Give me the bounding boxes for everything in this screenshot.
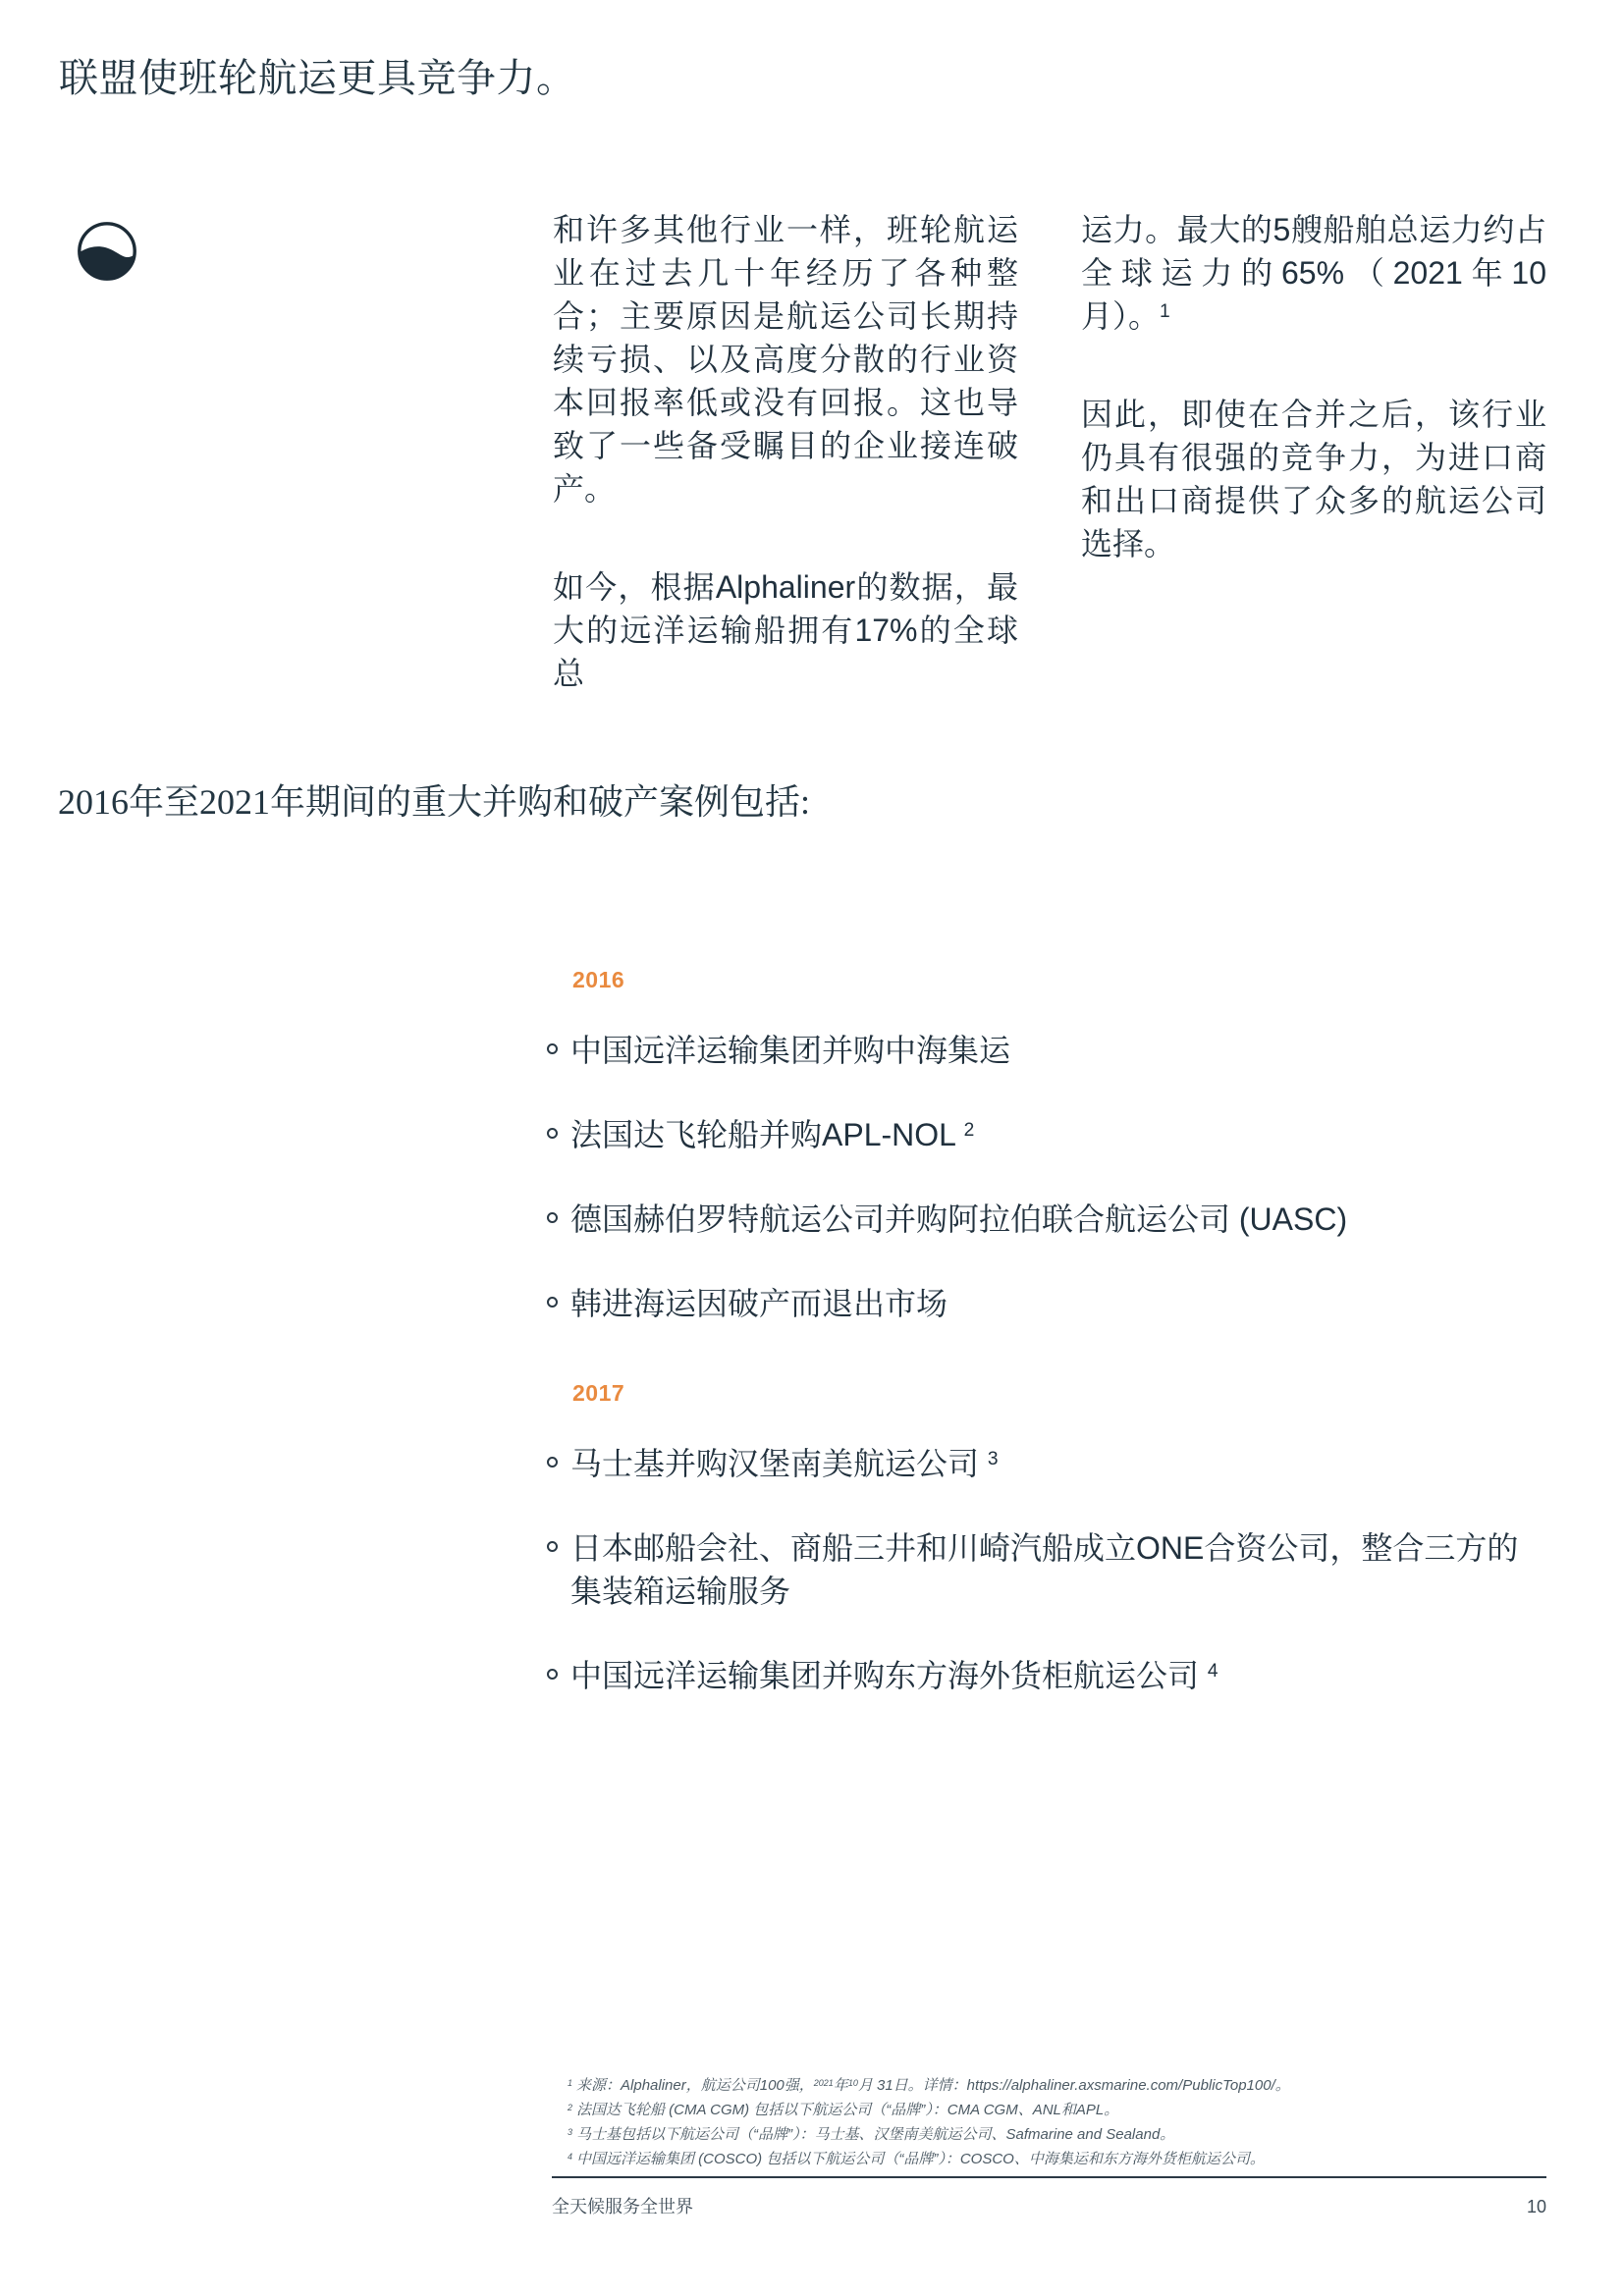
superscript-reference: 10 <box>848 2078 858 2088</box>
timeline-item: 马士基并购汉堡南美航运公司 3 <box>546 1442 1547 1485</box>
intro-paragraph: 如今，根据Alphaliner的数据，最大的远洋运输船拥有17%的全球总 <box>553 565 1018 695</box>
superscript-reference: 2021 <box>814 2078 834 2088</box>
footnote: 4中国远洋运输集团 (COSCO) 包括以下航运公司（“品牌”）：COSCO、中… <box>568 2147 1549 2171</box>
year-label: 2016 <box>572 966 1547 993</box>
footnote-marker: 2 <box>568 2103 572 2112</box>
footnote-marker: 4 <box>568 2152 572 2162</box>
bullet-circle-icon <box>547 1212 558 1223</box>
timeline-item-text: 德国赫伯罗特航运公司并购阿拉伯联合航运公司 (UASC) <box>570 1198 1547 1241</box>
bullet-circle-icon <box>547 1297 558 1308</box>
timeline-item-text: 日本邮船会社、商船三井和川崎汽船成立ONE合资公司，整合三方的集装箱运输服务 <box>570 1526 1547 1613</box>
wave-logo-icon <box>76 220 138 283</box>
page-title: 联盟使班轮航运更具竞争力。 <box>59 55 576 102</box>
bullet-circle-icon <box>547 1457 558 1468</box>
intro-column-2: 运力。最大的5艘船舶总运力约占全球运力的65%（2021年10月）。1因此，即使… <box>1081 208 1546 750</box>
text-segment: 中国远洋运输集团并购中海集运 <box>570 1033 1010 1068</box>
text-segment: 来源：Alphaliner，航运公司100强， <box>576 2077 814 2094</box>
year-label: 2017 <box>572 1379 1547 1407</box>
bullet-circle-icon <box>547 1128 558 1139</box>
timeline-item: 日本邮船会社、商船三井和川崎汽船成立ONE合资公司，整合三方的集装箱运输服务 <box>546 1526 1547 1613</box>
intro-columns: 和许多其他行业一样，班轮航运业在过去几十年经历了各种整合；主要原因是航运公司长期… <box>553 208 1546 750</box>
bullet-circle-icon <box>547 1043 558 1054</box>
text-segment: 中国远洋运输集团并购东方海外货柜航运公司 <box>570 1658 1208 1693</box>
page-footer: 全天候服务全世界 10 <box>552 2195 1546 2218</box>
document-page: 联盟使班轮航运更具竞争力。 和许多其他行业一样，班轮航运业在过去几十年经历了各种… <box>0 0 1624 2296</box>
section-heading: 2016年至2021年期间的重大并购和破产案例包括: <box>58 779 810 826</box>
timeline-item: 中国远洋运输集团并购东方海外货柜航运公司 4 <box>546 1654 1547 1697</box>
intro-paragraph: 运力。最大的5艘船舶总运力约占全球运力的65%（2021年10月）。1 <box>1081 208 1546 338</box>
timeline-item: 中国远洋运输集团并购中海集运 <box>546 1029 1547 1072</box>
text-segment: 因此，即使在合并之后，该行业仍具有很强的竞争力，为进口商和出口商提供了众多的航运… <box>1081 397 1546 561</box>
text-segment: 年 <box>834 2077 848 2094</box>
text-segment: 韩进海运因破产而退出市场 <box>570 1286 947 1321</box>
bullet-circle-icon <box>547 1541 558 1552</box>
text-segment: 马士基包括以下航运公司（“品牌”）：马士基、汉堡南美航运公司、Safmarine… <box>576 2126 1174 2143</box>
footer-divider <box>552 2176 1546 2178</box>
superscript-reference: 2 <box>964 1120 975 1141</box>
superscript-reference: 3 <box>988 1449 999 1469</box>
text-segment: 法国达飞轮船 (CMA CGM) 包括以下航运公司（“品牌”）：CMA CGM、… <box>576 2102 1118 2118</box>
timeline-item: 法国达飞轮船并购APL-NOL 2 <box>546 1113 1547 1156</box>
text-segment: 运力。最大的5艘船舶总运力约占全球运力的65%（2021年10月）。 <box>1081 212 1546 334</box>
intro-paragraph: 和许多其他行业一样，班轮航运业在过去几十年经历了各种整合；主要原因是航运公司长期… <box>553 208 1018 510</box>
footnote: 1来源：Alphaliner，航运公司100强，2021年10月 31日。详情：… <box>568 2073 1549 2098</box>
text-segment: 日本邮船会社、商船三井和川崎汽船成立ONE合资公司，整合三方的集装箱运输服务 <box>570 1530 1518 1609</box>
text-segment: 中国远洋运输集团 (COSCO) 包括以下航运公司（“品牌”）：COSCO、中海… <box>576 2151 1265 2167</box>
intro-column-1: 和许多其他行业一样，班轮航运业在过去几十年经历了各种整合；主要原因是航运公司长期… <box>553 208 1018 750</box>
superscript-reference: 4 <box>1208 1661 1218 1682</box>
timeline-item-text: 法国达飞轮船并购APL-NOL 2 <box>570 1113 1547 1156</box>
timeline-item-text: 中国远洋运输集团并购东方海外货柜航运公司 4 <box>570 1654 1547 1697</box>
text-segment: 法国达飞轮船并购APL-NOL <box>570 1117 964 1152</box>
text-segment: 马士基并购汉堡南美航运公司 <box>570 1446 988 1481</box>
intro-paragraph: 因此，即使在合并之后，该行业仍具有很强的竞争力，为进口商和出口商提供了众多的航运… <box>1081 393 1546 565</box>
timeline-item: 德国赫伯罗特航运公司并购阿拉伯联合航运公司 (UASC) <box>546 1198 1547 1241</box>
timeline-group-2016: 2016中国远洋运输集团并购中海集运法国达飞轮船并购APL-NOL 2德国赫伯罗… <box>546 966 1547 1325</box>
text-segment: 如今，根据Alphaliner的数据，最大的远洋运输船拥有17%的全球总 <box>553 569 1018 691</box>
superscript-reference: 1 <box>1160 301 1170 322</box>
timeline-group-2017: 2017马士基并购汉堡南美航运公司 3日本邮船会社、商船三井和川崎汽船成立ONE… <box>546 1379 1547 1697</box>
timeline-item: 韩进海运因破产而退出市场 <box>546 1282 1547 1325</box>
footnote-marker: 1 <box>568 2078 572 2088</box>
footnotes: 1来源：Alphaliner，航运公司100强，2021年10月 31日。详情：… <box>568 2073 1549 2171</box>
timeline-item-text: 中国远洋运输集团并购中海集运 <box>570 1029 1547 1072</box>
footnote-marker: 3 <box>568 2127 572 2137</box>
timeline-item-text: 韩进海运因破产而退出市场 <box>570 1282 1547 1325</box>
bullet-circle-icon <box>547 1669 558 1680</box>
text-segment: 月 31日。详情：https://alphaliner.axsmarine.co… <box>858 2077 1290 2094</box>
text-segment: 和许多其他行业一样，班轮航运业在过去几十年经历了各种整合；主要原因是航运公司长期… <box>553 212 1018 507</box>
footer-tagline: 全天候服务全世界 <box>552 2195 693 2218</box>
text-segment: 德国赫伯罗特航运公司并购阿拉伯联合航运公司 (UASC) <box>570 1201 1347 1237</box>
page-number: 10 <box>1527 2195 1546 2218</box>
footnote: 2法国达飞轮船 (CMA CGM) 包括以下航运公司（“品牌”）：CMA CGM… <box>568 2098 1549 2122</box>
timeline-item-text: 马士基并购汉堡南美航运公司 3 <box>570 1442 1547 1485</box>
footnote: 3马士基包括以下航运公司（“品牌”）：马士基、汉堡南美航运公司、Safmarin… <box>568 2122 1549 2147</box>
timeline: 2016中国远洋运输集团并购中海集运法国达飞轮船并购APL-NOL 2德国赫伯罗… <box>546 966 1547 1738</box>
